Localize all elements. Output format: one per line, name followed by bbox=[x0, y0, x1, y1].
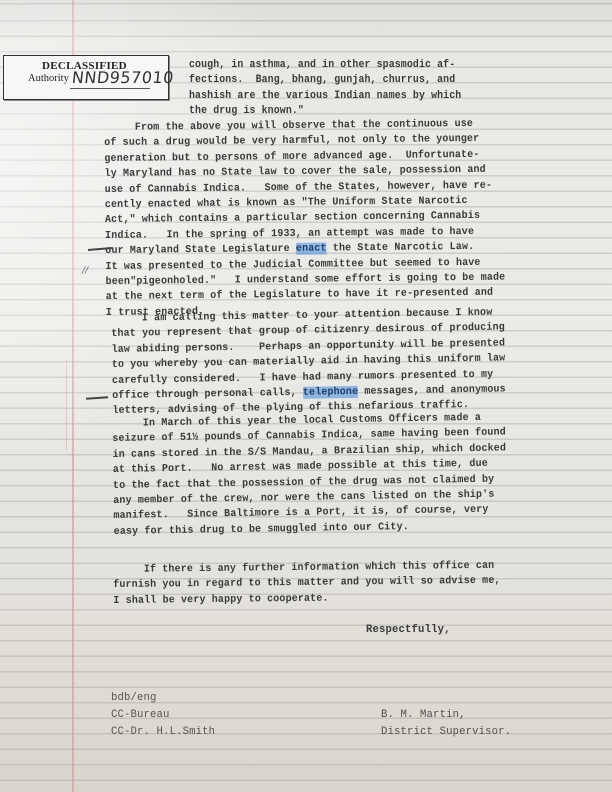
paragraph-seizure: In March of this year the local Customs … bbox=[112, 410, 507, 540]
highlighted-word: enact bbox=[296, 243, 327, 255]
declassified-stamp: DECLASSIFIED Authority NND957010 bbox=[3, 55, 169, 100]
text-line: CC-Bureau bbox=[111, 707, 215, 724]
text-line: hashish are the various Indian names by … bbox=[189, 89, 461, 104]
stamp-authority-number: NND957010 bbox=[71, 68, 175, 87]
text-line: District Supervisor. bbox=[381, 724, 511, 741]
reference-block: bdb/engCC-BureauCC-Dr. H.L.Smith bbox=[111, 690, 215, 741]
closing-salutation: Respectfully, bbox=[366, 623, 451, 638]
paragraph-closing: If there is any further information whic… bbox=[113, 559, 501, 610]
signature-block: B. M. Martin,District Supervisor. bbox=[381, 707, 511, 741]
text-line: fections. Bang, bhang, gunjah, churrus, … bbox=[189, 73, 461, 88]
text-line: B. M. Martin, bbox=[381, 707, 511, 724]
text-line: bdb/eng bbox=[111, 690, 215, 707]
stamp-authority-label: Authority bbox=[28, 73, 69, 84]
stamp-underline bbox=[70, 88, 150, 89]
text-line: CC-Dr. H.L.Smith bbox=[111, 724, 215, 741]
quote-tail-block: cough, in asthma, and in other spasmodic… bbox=[189, 58, 461, 120]
paragraph-legislation: From the above you will observe that the… bbox=[104, 117, 506, 322]
margin-annotation: // bbox=[82, 266, 88, 276]
paragraph-attention: I am calling this matter to your attenti… bbox=[111, 305, 506, 419]
highlighted-word: telephone bbox=[303, 386, 359, 399]
text-line: cough, in asthma, and in other spasmodic… bbox=[189, 58, 461, 73]
